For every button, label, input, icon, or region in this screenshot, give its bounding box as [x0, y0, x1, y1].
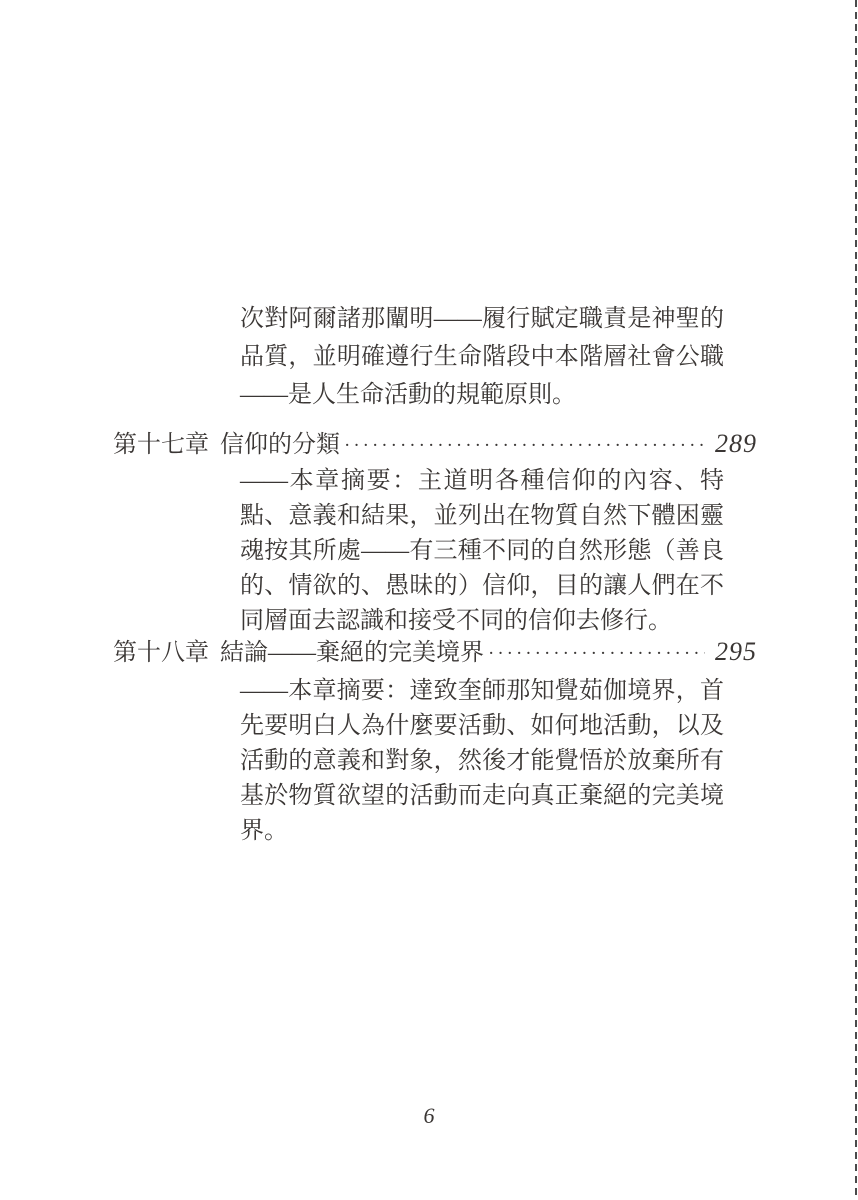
chapter17-label: 第十七章 [113, 430, 209, 460]
chapter16-summary-continuation: 次對阿爾諸那闡明——履行賦定職責是神聖的品質，並明確遵行生命階段中本階層社會公職… [240, 300, 724, 414]
chapter18-label: 第十八章 [113, 638, 209, 668]
chapter18-page-number: 295 [715, 637, 757, 667]
chapter18-title: 結論——棄絕的完美境界 [220, 638, 484, 668]
chapter17-dot-leader: ········································… [344, 431, 705, 461]
chapter17-page-number: 289 [715, 429, 757, 459]
toc-entry-chapter18: 第十八章 結論——棄絕的完美境界 ·······················… [113, 637, 757, 671]
folio-page-number: 6 [0, 1103, 858, 1129]
chapter18-dot-leader: ········································… [488, 639, 705, 669]
toc-page: 次對阿爾諸那闡明——履行賦定職責是神聖的品質，並明確遵行生命階段中本階層社會公職… [0, 0, 858, 1200]
chapter18-summary: ——本章摘要：達致奎師那知覺茹伽境界，首先要明白人為什麼要活動、如何地活動，以及… [240, 674, 724, 849]
chapter17-summary: ——本章摘要：主道明各種信仰的內容、特點、意義和結果，並列出在物質自然下體困靈魂… [240, 464, 724, 639]
chapter17-title: 信仰的分類 [220, 430, 340, 460]
right-trim-dashed-line [855, 0, 857, 1200]
toc-entry-chapter17: 第十七章 信仰的分類 ·····························… [113, 429, 757, 463]
